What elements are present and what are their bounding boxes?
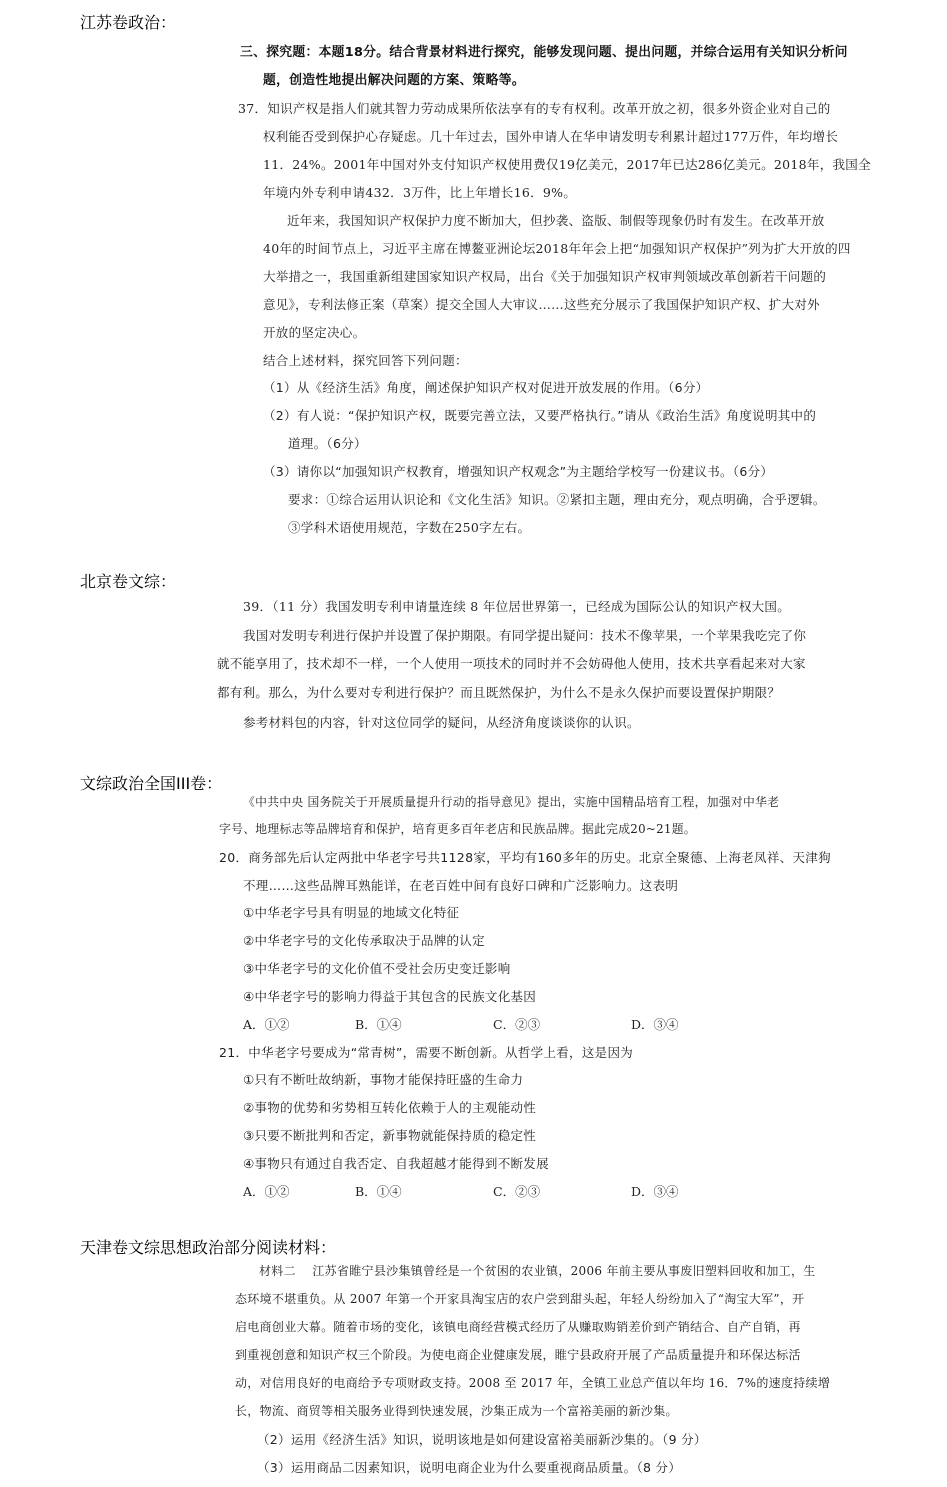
q21-stem: 21．中华老字号要成为“常青树”，需要不断创新。从哲学上看，这是因为 <box>219 1043 633 1061</box>
material-line: 意见》，专利法修正案（草案）提交全国人大审议……这些充分展示了我国保护知识产权、… <box>263 295 820 313</box>
material-line: 态环境不堪重负。从 2007 年第一个开家具淘宝店的农户尝到甜头起，年轻人纷纷加… <box>235 1290 804 1307</box>
material-line: 《中共中央 国务院关于开展质量提升行动的指导意见》提出，实施中国精品培育工程，加… <box>243 793 779 810</box>
material-line: 开放的坚定决心。 <box>263 323 365 341</box>
requirement-line: ③学科术语使用规范，字数在250字左右。 <box>288 518 530 536</box>
q21-option-a: A．①② <box>243 1182 290 1200</box>
question-line: 我国对发明专利进行保护并设置了保护期限。有同学提出疑问：技术不像苹果，一个苹果我… <box>243 626 806 644</box>
q20-item: ③中华老字号的文化价值不受社会历史变迁影响 <box>243 959 511 977</box>
question-line: 道理。（6分） <box>288 434 367 452</box>
material-line: 37．知识产权是指人们就其智力劳动成果所依法享有的专有权利。改革开放之初，很多外… <box>238 99 831 117</box>
q20-stem: 20．商务部先后认定两批中华老字号共1128家，平均有160多年的历史。北京全聚… <box>219 848 831 866</box>
material-line: 长，物流、商贸等相关服务业得到快速发展，沙集正成为一个富裕美丽的新沙集。 <box>235 1402 678 1419</box>
question-line: （1）从《经济生活》角度，阐述保护知识产权对促进开放发展的作用。（6分） <box>263 378 708 396</box>
question-line: （3）运用商品二因素知识，说明电商企业为什么要重视商品质量。（8 分） <box>257 1458 681 1476</box>
section-heading: 文综政治全国III卷： <box>80 771 222 794</box>
material-line: 启电商创业大幕。随着市场的变化，该镇电商经营模式经历了从赚取购销差价到产销结合、… <box>235 1318 801 1335</box>
q20-item: ②中华老字号的文化传承取决于品牌的认定 <box>243 931 485 949</box>
material-line: 40年的时间节点上，习近平主席在博鳌亚洲论坛2018年年会上把“加强知识产权保护… <box>263 239 851 257</box>
q20-item: ①中华老字号具有明显的地域文化特征 <box>243 903 459 921</box>
material-line: 到重视创意和知识产权三个阶段。为使电商企业健康发展，睢宁县政府开展了产品质量提升… <box>235 1346 801 1363</box>
material-line: 动，对信用良好的电商给予专项财政支持。2008 至 2017 年，全镇工业总产值… <box>235 1374 830 1391</box>
intro-line: 三、探究题：本题18分。结合背景材料进行探究，能够发现问题、提出问题，并综合运用… <box>240 41 848 60</box>
question-line: （3）请你以“加强知识产权教育，增强知识产权观念”为主题给学校写一份建议书。（6… <box>263 462 773 480</box>
q21-option-d: D．③④ <box>631 1182 679 1200</box>
q21-option-c: C．②③ <box>493 1182 540 1200</box>
q21-item: ②事物的优势和劣势相互转化依赖于人的主观能动性 <box>243 1098 536 1116</box>
question-line: （2）有人说：“保护知识产权，既要完善立法，又要严格执行。”请从《政治生活》角度… <box>263 406 816 424</box>
question-line: 就不能享用了，技术却不一样，一个人使用一项技术的同时并不会妨碍他人使用，技术共享… <box>217 654 806 672</box>
question-line: 都有利。那么，为什么要对专利进行保护？而且既然保护，为什么不是永久保护而要设置保… <box>217 683 780 701</box>
q20-stem: 不理……这些品牌耳熟能详，在老百姓中间有良好口碑和广泛影响力。这表明 <box>243 876 678 894</box>
material-line: 权利能否受到保护心存疑虑。几十年过去，国外申请人在华申请发明专利累计超过177万… <box>263 127 838 145</box>
material-line: 近年来，我国知识产权保护力度不断加大，但抄袭、盗版、制假等现象仍时有发生。在改革… <box>287 211 825 229</box>
intro-line: 题，创造性地提出解决问题的方案、策略等。 <box>263 69 525 88</box>
question-line: （2）运用《经济生活》知识，说明该地是如何建设富裕美丽新沙集的。（9 分） <box>257 1430 707 1448</box>
section-heading: 天津卷文综思想政治部分阅读材料： <box>80 1235 336 1258</box>
q21-item: ④事物只有通过自我否定、自我超越才能得到不断发展 <box>243 1154 549 1172</box>
material-line: 大举措之一，我国重新组建国家知识产权局，出台《关于加强知识产权审判领域改革创新若… <box>263 267 826 285</box>
material-line: 字号、地理标志等品牌培育和保护，培育更多百年老店和民族品牌。据此完成20~21题… <box>219 820 696 837</box>
question-line: 结合上述材料，探究回答下列问题： <box>263 351 468 369</box>
requirement-line: 要求：①综合运用认识论和《文化生活》知识。②紧扣主题，理由充分，观点明确，合乎逻… <box>288 490 826 508</box>
question-line: 39．（11 分）我国发明专利申请量连续 8 年位居世界第一，已经成为国际公认的… <box>243 597 790 615</box>
section-heading: 江苏卷政治： <box>80 10 176 33</box>
section-heading: 北京卷文综： <box>80 569 176 592</box>
question-line: 参考材料包的内容，针对这位同学的疑问，从经济角度谈谈你的认识。 <box>243 713 640 731</box>
material-line: 材料二 江苏省睢宁县沙集镇曾经是一个贫困的农业镇，2006 年前主要从事废旧塑料… <box>259 1262 816 1279</box>
q20-option-d: D．③④ <box>631 1015 679 1033</box>
q20-option-b: B．①④ <box>355 1015 402 1033</box>
q21-item: ③只要不断批判和否定，新事物就能保持质的稳定性 <box>243 1126 536 1144</box>
q21-item: ①只有不断吐故纳新，事物才能保持旺盛的生命力 <box>243 1070 523 1088</box>
q20-option-c: C．②③ <box>493 1015 540 1033</box>
q20-option-a: A．①② <box>243 1015 290 1033</box>
material-line: 11．24%。2001年中国对外支付知识产权使用费仅19亿美元，2017年已达2… <box>263 155 871 173</box>
material-line: 年境内外专利申请432．3万件，比上年增长16．9%。 <box>263 183 576 201</box>
q21-option-b: B．①④ <box>355 1182 402 1200</box>
q20-item: ④中华老字号的影响力得益于其包含的民族文化基因 <box>243 987 536 1005</box>
